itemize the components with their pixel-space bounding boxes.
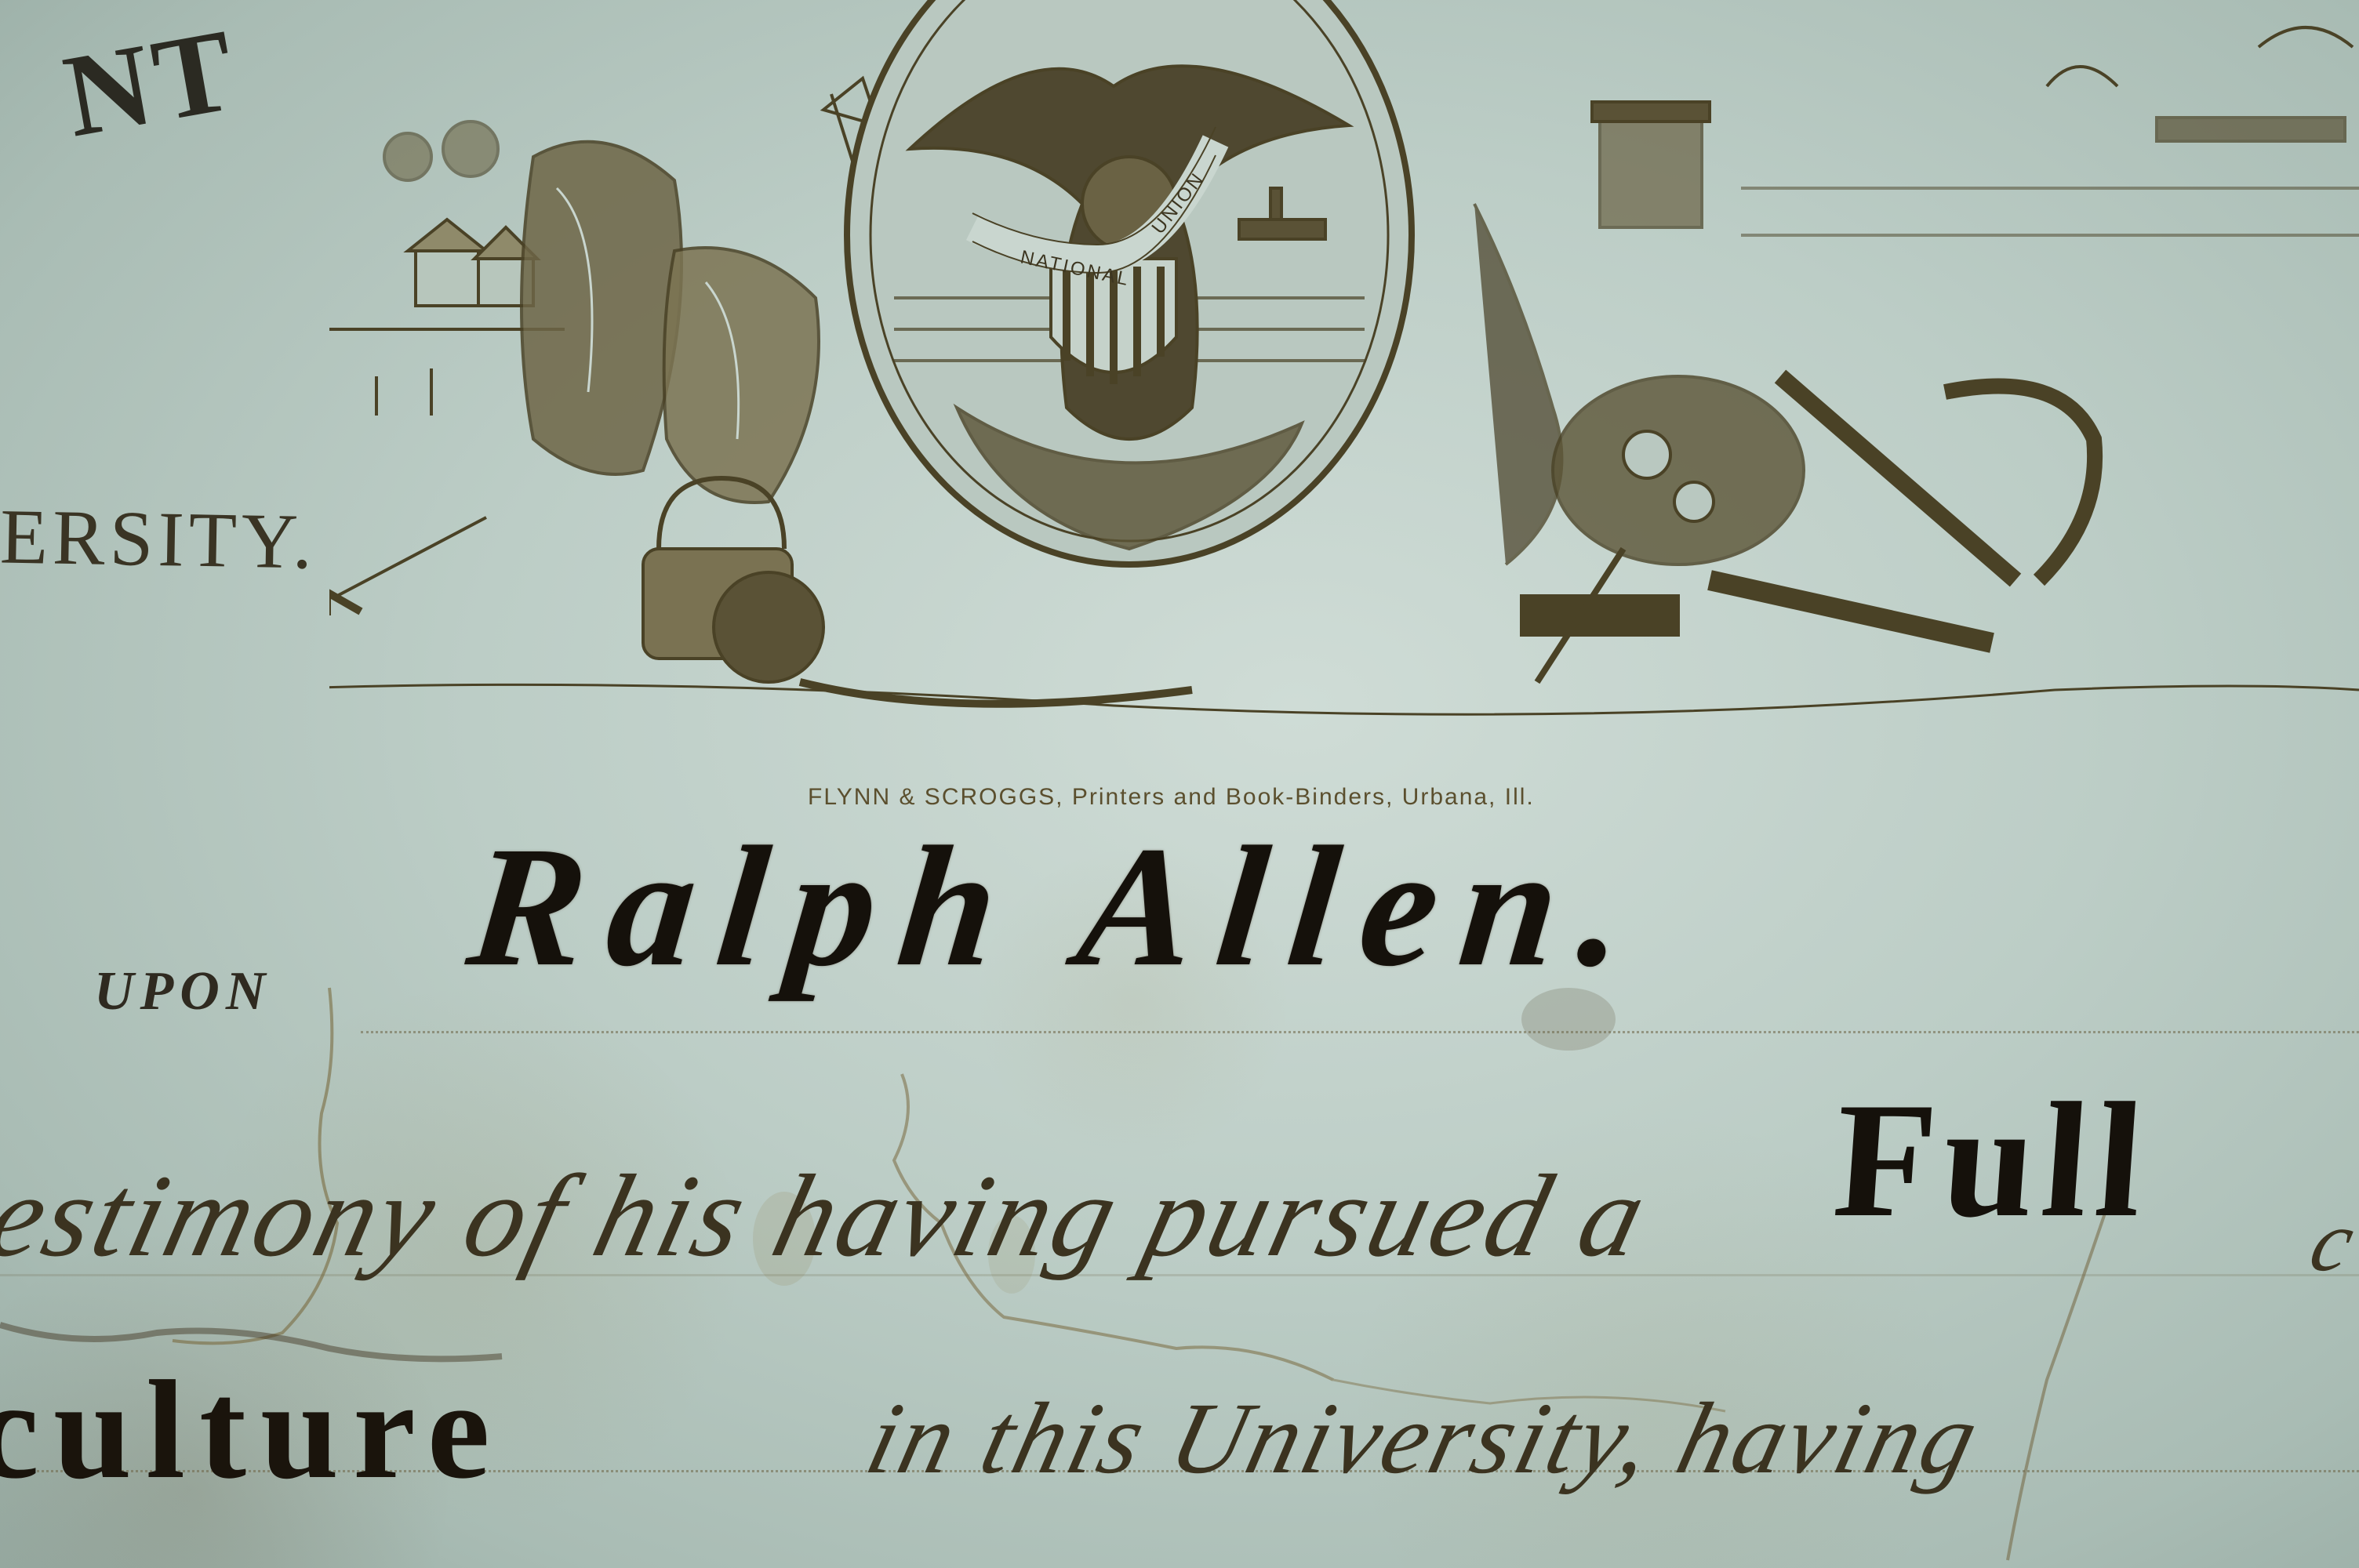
field-of-study-fragment: culture: [0, 1348, 504, 1511]
rake-icon: [329, 517, 486, 615]
engraved-vignette: NATIONAL UNION: [329, 0, 2359, 768]
header-institution-fragment: ERSITY.: [0, 491, 318, 586]
body-text-line-1: estimony of his having pursued a: [0, 1149, 1661, 1283]
body-text-line-2: in this University, having: [856, 1380, 1992, 1497]
recipient-name: Ralph Allen.: [460, 808, 1659, 1006]
header-title-fragment: NT: [55, 2, 249, 165]
course-type-text: Full: [1829, 1066, 2157, 1255]
printer-imprint: FLYNN & SCROGGS, Printers and Book-Binde…: [808, 784, 1535, 811]
conferred-upon-label: UPON: [94, 960, 271, 1023]
name-rule-line: [361, 1031, 2359, 1033]
